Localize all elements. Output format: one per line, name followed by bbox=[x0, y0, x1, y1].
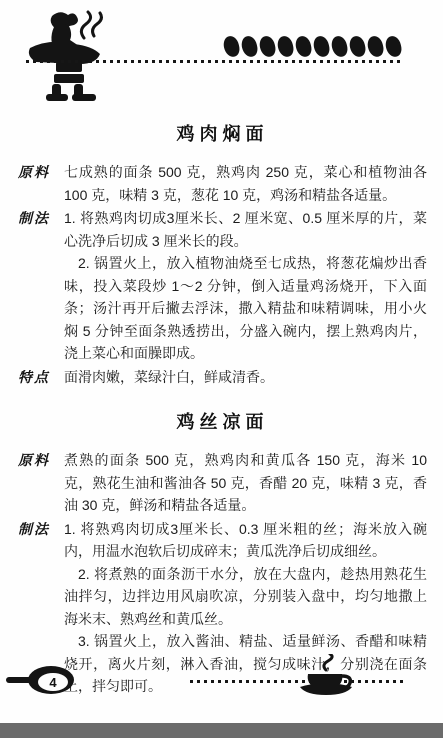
recipe-section: 原料七成熟的面条 500 克，熟鸡肉 250 克，菜心和植物油各 100 克，味… bbox=[18, 161, 427, 206]
decoration-blob bbox=[348, 34, 368, 58]
header-dotted-rule bbox=[26, 60, 403, 63]
decoration-blob bbox=[294, 34, 314, 58]
section-paragraph: 面滑肉嫩，菜绿汁白，鲜咸清香。 bbox=[64, 366, 427, 389]
decoration-blob bbox=[384, 34, 404, 58]
section-paragraph: 1. 将熟鸡肉切成3厘米长、2 厘米宽、0.5 厘米厚的片，菜心洗净后切成 3 … bbox=[64, 207, 427, 252]
page-header bbox=[0, 0, 443, 102]
recipes: 鸡肉焖面原料七成熟的面条 500 克，熟鸡肉 250 克，菜心和植物油各 100… bbox=[0, 102, 443, 698]
section-content: 1. 将熟鸡肉切成3厘米长、2 厘米宽、0.5 厘米厚的片，菜心洗净后切成 3 … bbox=[64, 207, 427, 365]
cookbook-page: 鸡肉焖面原料七成熟的面条 500 克，熟鸡肉 250 克，菜心和植物油各 100… bbox=[0, 0, 443, 738]
section-label: 特点 bbox=[18, 366, 64, 389]
page-number-spoon: 4 bbox=[6, 666, 76, 696]
decoration-blob bbox=[222, 34, 242, 58]
decoration-blob bbox=[366, 34, 386, 58]
scan-edge-bar bbox=[0, 723, 443, 738]
decoration-blob bbox=[312, 34, 332, 58]
page-number: 4 bbox=[38, 673, 68, 691]
recipe-section: 特点面滑肉嫩，菜绿汁白，鲜咸清香。 bbox=[18, 366, 427, 389]
recipe-section: 原料煮熟的面条 500 克，熟鸡肉和黄瓜各 150 克，海米 10 克，熟花生油… bbox=[18, 449, 427, 517]
section-paragraph: 2. 将煮熟的面条沥干水分，放在大盘内，趁热用熟花生油拌匀，边拌边用风扇吹凉，分… bbox=[64, 563, 427, 631]
section-label: 原料 bbox=[18, 161, 64, 184]
section-content: 煮熟的面条 500 克，熟鸡肉和黄瓜各 150 克，海米 10 克，熟花生油和酱… bbox=[64, 449, 427, 517]
decoration-blob bbox=[258, 34, 278, 58]
decoration-blob bbox=[330, 34, 350, 58]
section-paragraph: 2. 锅置火上，放入植物油烧至七成热，将葱花煸炒出香味，投入菜段炒 1～2 分钟… bbox=[64, 252, 427, 365]
section-paragraph: 煮熟的面条 500 克，熟鸡肉和黄瓜各 150 克，海米 10 克，熟花生油和酱… bbox=[64, 449, 427, 517]
teacup-icon bbox=[296, 654, 358, 703]
recipe-2: 鸡丝凉面原料煮熟的面条 500 克，熟鸡肉和黄瓜各 150 克，海米 10 克，… bbox=[18, 408, 427, 698]
section-content: 七成熟的面条 500 克，熟鸡肉 250 克，菜心和植物油各 100 克，味精 … bbox=[64, 161, 427, 206]
section-label: 原料 bbox=[18, 449, 64, 472]
recipe-title: 鸡肉焖面 bbox=[18, 120, 427, 146]
page-footer: 4 bbox=[0, 658, 443, 700]
recipe-1: 鸡肉焖面原料七成熟的面条 500 克，熟鸡肉 250 克，菜心和植物油各 100… bbox=[18, 120, 427, 388]
section-paragraph: 七成熟的面条 500 克，熟鸡肉 250 克，菜心和植物油各 100 克，味精 … bbox=[64, 161, 427, 206]
spoon-bowl: 4 bbox=[28, 666, 74, 694]
decoration-blob bbox=[240, 34, 260, 58]
section-label: 制法 bbox=[18, 207, 64, 230]
section-paragraph: 1. 将熟鸡肉切成3厘米长、0.3 厘米粗的丝；海米放入碗内，用温水泡软后切成碎… bbox=[64, 518, 427, 563]
header-decoration-blobs bbox=[221, 36, 401, 57]
section-content: 面滑肉嫩，菜绿汁白，鲜咸清香。 bbox=[64, 366, 427, 389]
chef-cooking-icon bbox=[22, 10, 106, 107]
section-label: 制法 bbox=[18, 518, 64, 541]
recipe-title: 鸡丝凉面 bbox=[18, 408, 427, 434]
decoration-blob bbox=[276, 34, 296, 58]
recipe-section: 制法1. 将熟鸡肉切成3厘米长、2 厘米宽、0.5 厘米厚的片，菜心洗净后切成 … bbox=[18, 207, 427, 365]
